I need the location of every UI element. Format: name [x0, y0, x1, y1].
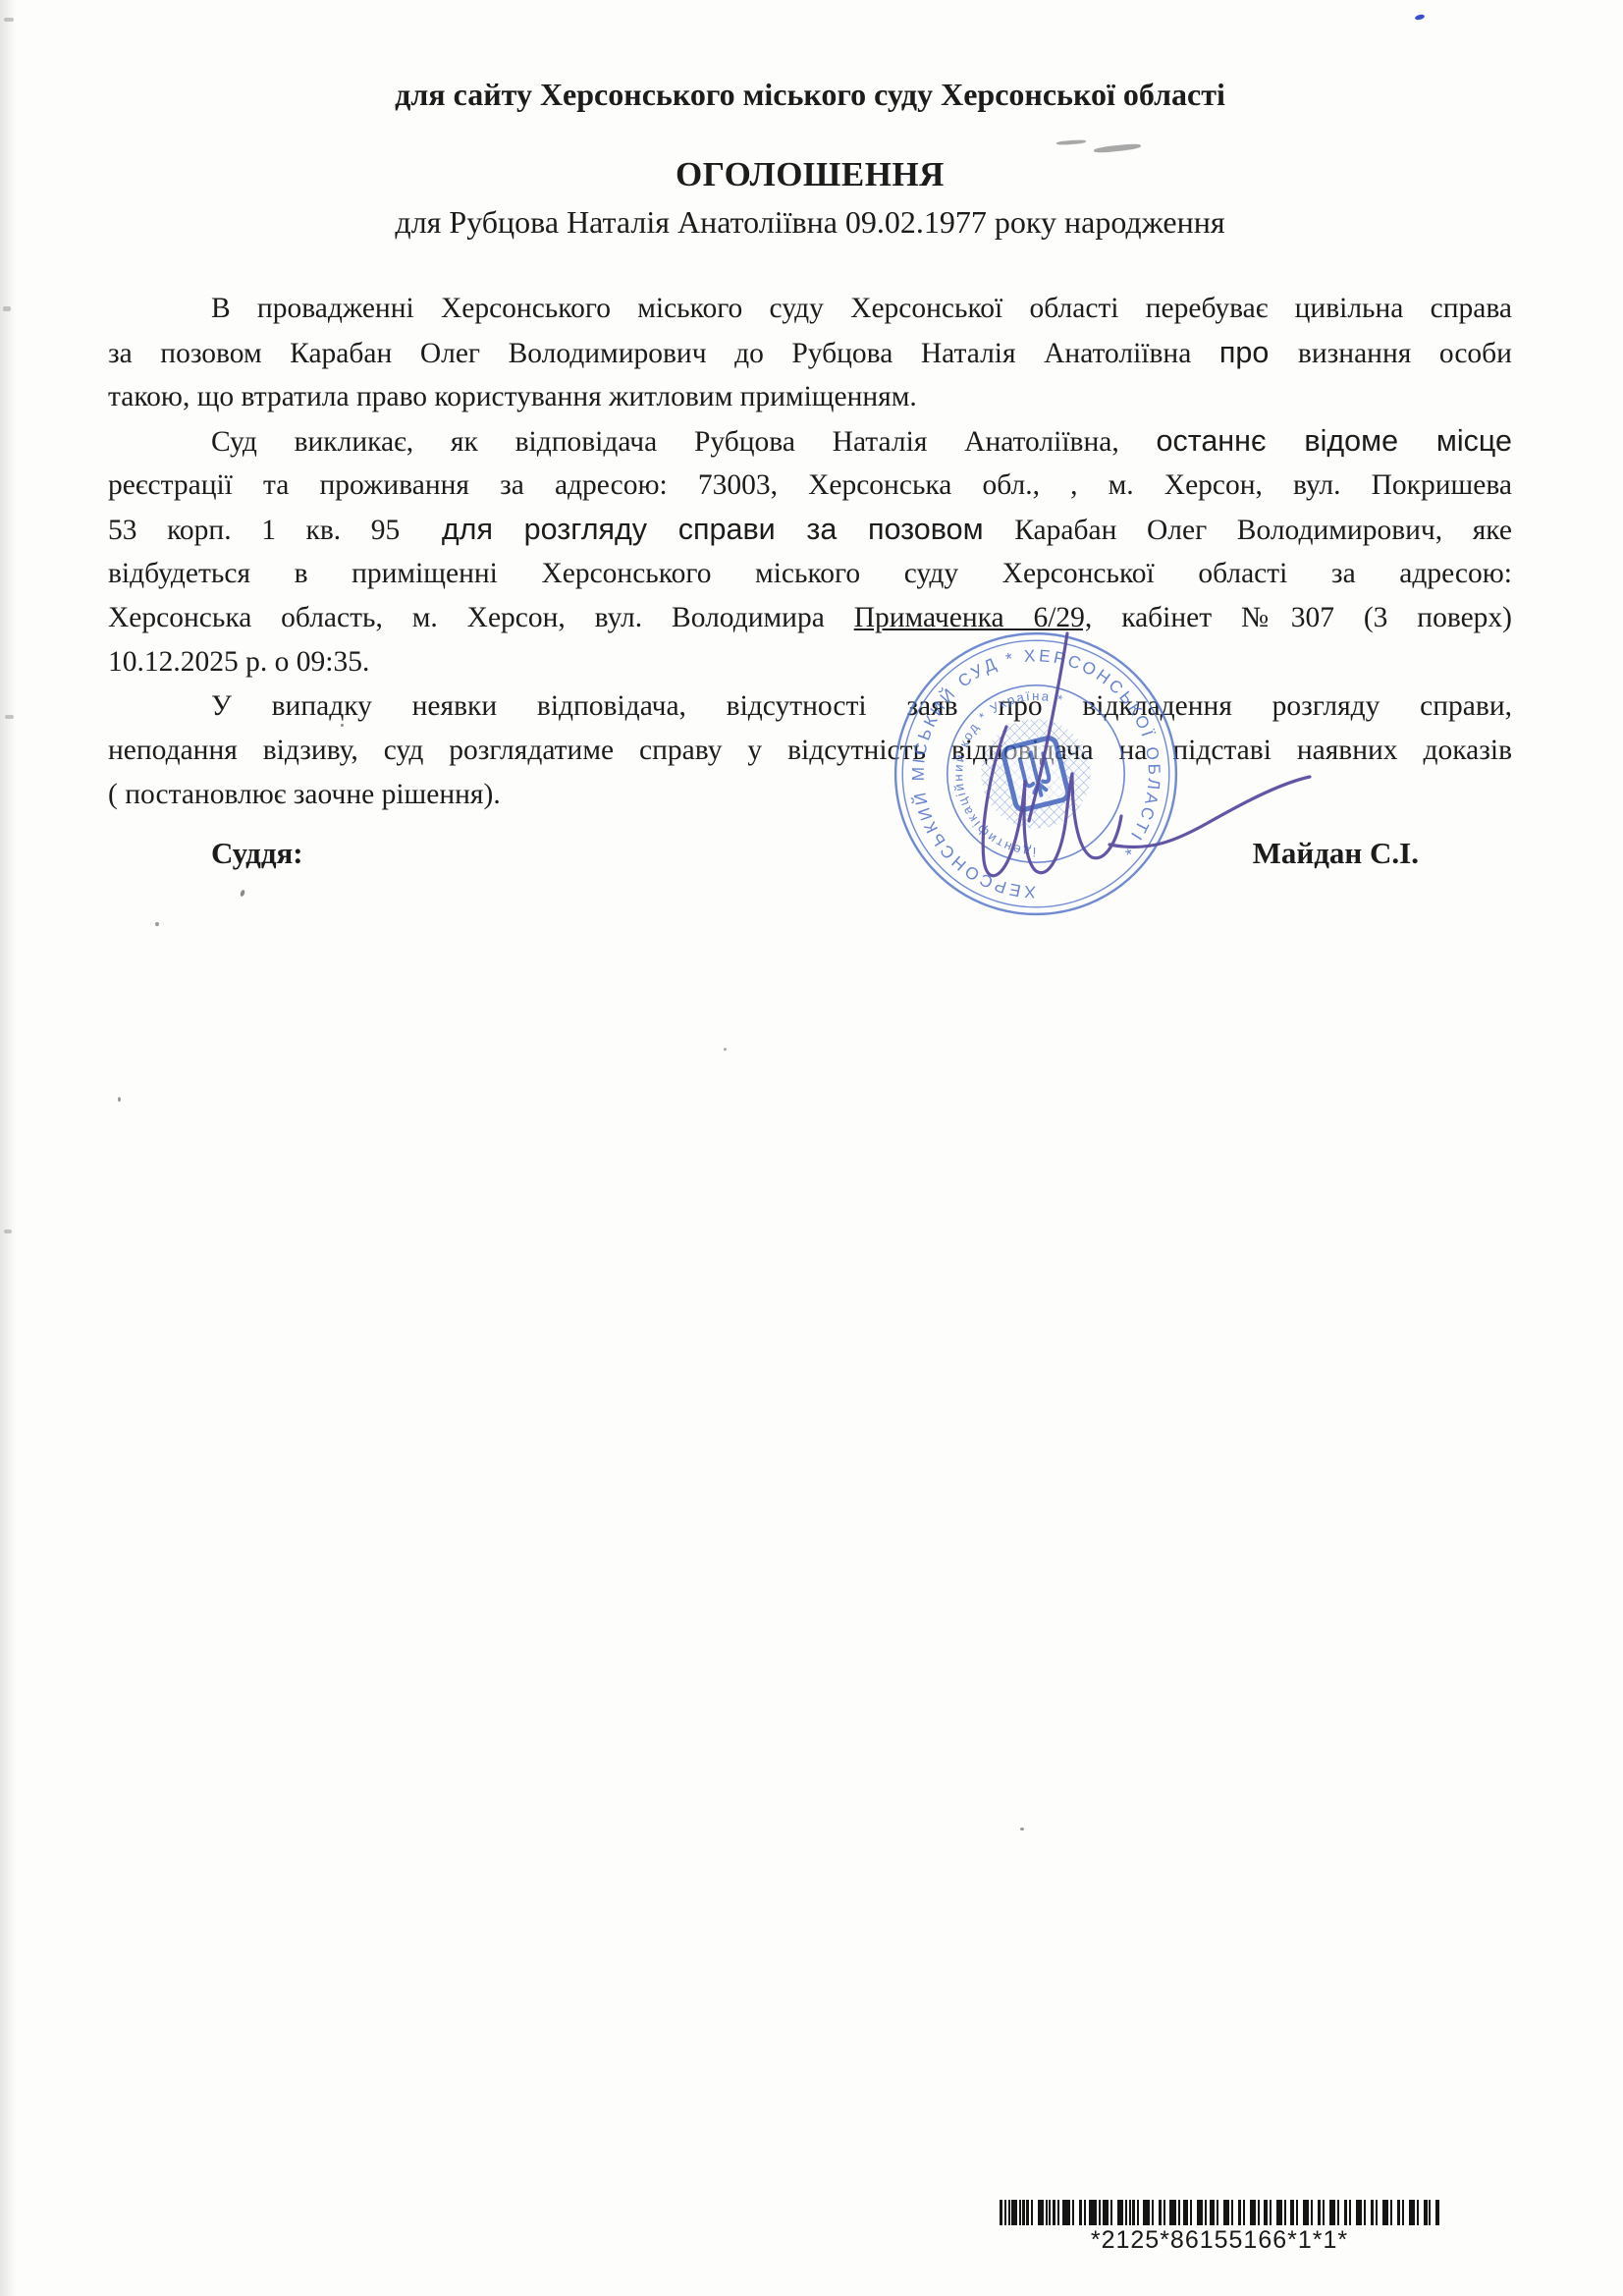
text-run: визнання особи [1298, 338, 1512, 369]
barcode: *2125*86155166*1*1* [1000, 2200, 1439, 2255]
scan-speck [4, 18, 14, 22]
scan-speck [118, 1097, 121, 1102]
text-run: Суд викликає, як відповідача Рубцова Нат… [211, 426, 1156, 458]
text-line: В провадженні Херсонського міського суду… [108, 287, 1512, 331]
text-line: такою, що втратила право користування жи… [108, 375, 1512, 419]
text-run: такою, що втратила право користування жи… [108, 381, 917, 412]
scanned-document-page: для сайту Херсонського міського суду Хер… [0, 0, 1623, 2296]
paragraph-1: В провадженні Херсонського міського суду… [108, 287, 1512, 419]
judge-label: Суддя: [108, 831, 303, 875]
announcement-title: ОГОЛОШЕННЯ [108, 155, 1512, 194]
scan-speck [1020, 1828, 1024, 1831]
scan-speck [724, 1048, 727, 1051]
text-run: про [1219, 336, 1298, 369]
text-run: для розгляду справи за позовом [442, 513, 1014, 546]
text-run: реєстрації та проживання за адресою: 730… [108, 469, 1512, 501]
text-run: за позовом Карабан Олег Володимирович до… [108, 338, 1219, 369]
ink-speck [1415, 14, 1426, 21]
site-line: для сайту Херсонського міського суду Хер… [108, 77, 1512, 112]
barcode-value: *2125*86155166*1*1* [1000, 2226, 1439, 2255]
text-run: В провадженні Херсонського міського суду… [211, 293, 1512, 324]
text-line: реєстрації та проживання за адресою: 730… [108, 464, 1512, 508]
barcode-bars [1000, 2200, 1439, 2225]
announcement-subtitle: для Рубцова Наталія Анатоліївна 09.02.19… [108, 202, 1512, 242]
text-run: останнє відоме місце [1156, 424, 1512, 458]
judge-signature [913, 617, 1335, 916]
text-run: 10.12.2025 р. о 09:35. [108, 646, 369, 678]
scan-speck [5, 715, 14, 719]
text-run: 53 корп. 1 кв. 95 [108, 515, 430, 546]
text-run: Карабан Олег Володимирович, яке [1014, 515, 1512, 546]
text-run: ( постановлює заочне рішення). [108, 779, 501, 810]
text-line: відбудеться в приміщенні Херсонського мі… [108, 552, 1512, 596]
scan-speck [4, 1230, 12, 1233]
scan-speck [240, 890, 245, 898]
scan-speck [155, 922, 159, 926]
text-run: Херсонська область, м. Херсон, вул. Воло… [108, 602, 854, 633]
text-line: 53 корп. 1 кв. 95 для розгляду справи за… [108, 508, 1512, 552]
text-line: Суд викликає, як відповідача Рубцова Нат… [108, 419, 1512, 464]
scan-speck [3, 306, 11, 311]
text-run: відбудеться в приміщенні Херсонського мі… [108, 558, 1512, 589]
scanner-edge-shadow [0, 0, 16, 2296]
text-line: за позовом Карабан Олег Володимирович до… [108, 331, 1512, 375]
